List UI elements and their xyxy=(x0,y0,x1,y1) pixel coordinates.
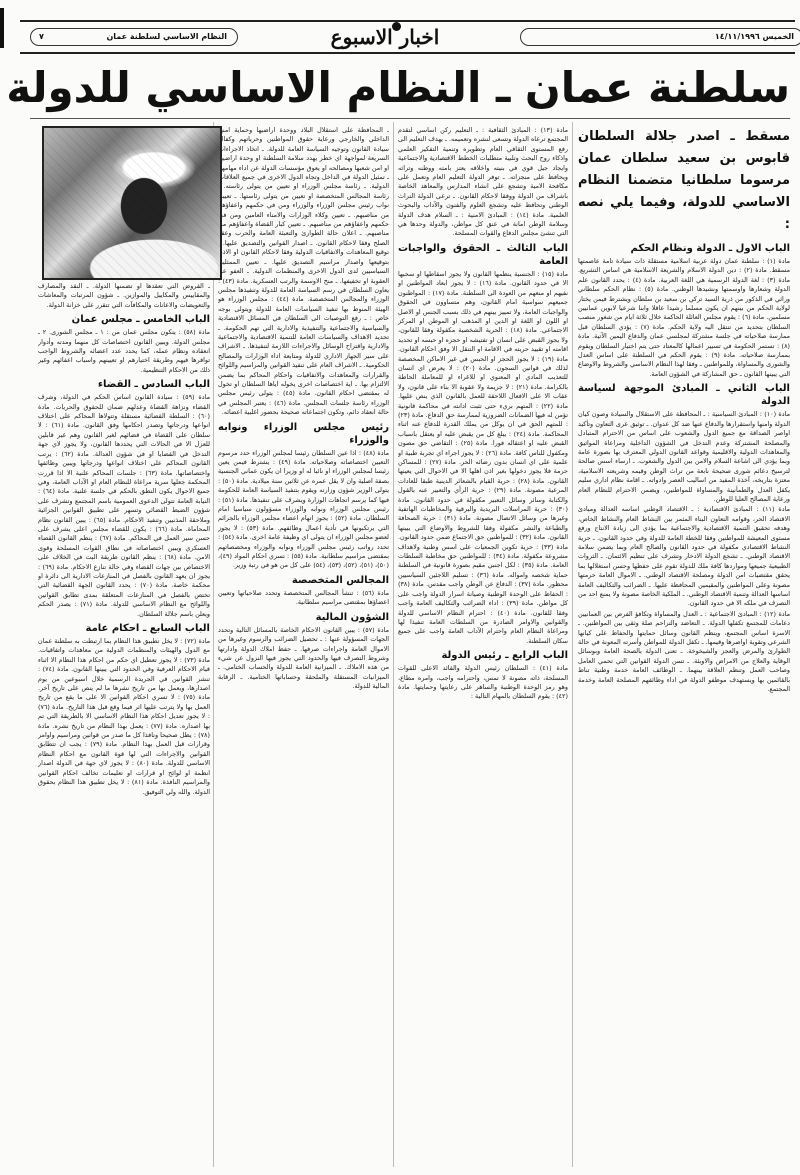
section-text: مادة (٥٩) : سيادة القانون اساس الحكم في … xyxy=(38,393,210,619)
section-text: مادة (٤١) : السلطان رئيس الدولة والقائد … xyxy=(398,664,568,702)
section-text: مادة (٥٦) : تنشأ المجالس المتخصصة وتحدد … xyxy=(218,589,389,608)
section-heading: الشؤون المالية xyxy=(218,611,389,624)
section-heading: المجالس المتخصصة xyxy=(218,574,389,587)
article-column-center-right: مادة (١٣) : المبادئ الثقافية : ـ التعليم… xyxy=(398,126,568,1146)
column-divider xyxy=(393,122,394,1167)
newspaper-page: ٧ النظام الاساسي لسلطنة عمان اخبار الاسب… xyxy=(0,0,800,1175)
photo-texture xyxy=(44,128,220,278)
page-headline: سلطنة عمان ـ النظام الاساسي للدولة xyxy=(30,62,790,114)
logo-emblem-icon xyxy=(392,22,401,31)
article-column-center-left: ـ المحافظة على استقلال البلاد ووحدة اراض… xyxy=(218,126,389,1166)
sultan-photo xyxy=(42,126,222,280)
column-divider xyxy=(572,122,573,1167)
section-text: مادة (٧٢) : لا يخل تطبيق هذا النظام بما … xyxy=(38,637,210,797)
section-heading: الباب السابع ـ احكام عامة xyxy=(38,622,210,635)
section-heading: الباب الاول ـ الدولة ونظام الحكم xyxy=(578,242,790,255)
section-text: مادة (١٥) : الجنسية ينظمها القانون ولا ي… xyxy=(398,270,568,646)
section-title: النظام الاساسي لسلطنة عمان xyxy=(106,29,227,45)
article-lead: مسقط ـ اصدر جلالة السلطان قابوس بن سعيد … xyxy=(578,126,790,236)
newspaper-logo: اخبار الاسبوع xyxy=(325,24,445,50)
headline-divider xyxy=(30,118,790,119)
section-text: مادة (١٣) : المبادئ الثقافية : ـ التعليم… xyxy=(398,126,568,239)
masthead: ٧ النظام الاساسي لسلطنة عمان اخبار الاسب… xyxy=(20,20,795,54)
article-column-left: ـ القروض التي تعقدها او تضمنها الدولة. ـ… xyxy=(38,282,210,1167)
section-text: ـ القروض التي تعقدها او تضمنها الدولة. ـ… xyxy=(38,282,210,310)
section-box: ٧ النظام الاساسي لسلطنة عمان xyxy=(30,28,238,46)
page-number: ٧ xyxy=(39,29,44,45)
date-box: الخميس ١٤/١١/١٩٩٦ xyxy=(520,28,800,46)
section-text: مادة (١٢) : المبادئ الاجتماعية : ـ العدل… xyxy=(578,610,790,695)
section-heading: الباب الثالث ـ الحقوق والواجبات العامة xyxy=(398,242,568,268)
section-text: مادة (٥٧) : يبين القانون الاحكام الخاصة … xyxy=(218,626,389,692)
section-text: مادة (١٠) : المبادئ السياسية : ـ المحافظ… xyxy=(578,410,790,504)
section-text: مادة (١١) : المبادئ الاقتصادية : ـ الاقت… xyxy=(578,505,790,608)
section-heading: الباب الثاني ـ المبادئ الموجهة لسياسة ال… xyxy=(578,382,790,408)
scan-edge xyxy=(0,8,4,48)
section-heading: رئيس مجلس الوزراء ونوابه والوزراء xyxy=(218,421,389,447)
section-heading: الباب الرابع ـ رئيس الدولة xyxy=(398,649,568,662)
section-heading: الباب السادس ـ القضاء xyxy=(38,378,210,391)
issue-date: الخميس ١٤/١١/١٩٩٦ xyxy=(715,29,794,45)
article-column-right: مسقط ـ اصدر جلالة السلطان قابوس بن سعيد … xyxy=(578,126,790,1151)
section-text: مادة (١) : سلطنة عمان دولة عربية اسلامية… xyxy=(578,257,790,379)
section-heading: الباب الخامس ـ مجلس عمان xyxy=(38,313,210,326)
section-text: مادة (٤٨) : اذا عين السلطان رئيسا لمجلس … xyxy=(218,449,389,571)
section-text: مادة (٥٨) : يتكون مجلس عمان من : ١ ـ مجل… xyxy=(38,328,210,375)
section-text: ـ المحافظة على استقلال البلاد ووحدة اراض… xyxy=(218,126,389,418)
